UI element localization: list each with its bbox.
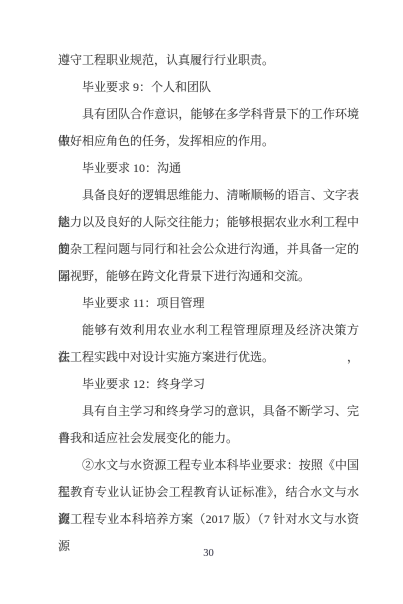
- text-line: 具有团队合作意识，能够在多学科背景下的工作环境中: [58, 101, 359, 128]
- text-line: 毕业要求 10：沟通: [58, 155, 359, 182]
- page-number: 30: [58, 546, 359, 562]
- text-line: 能够有效利用农业水利工程管理原理及经济决策方法，: [58, 317, 359, 344]
- document-page: 遵守工程职业规范，认真履行行业职责。毕业要求 9：个人和团队具有团队合作意识，能…: [0, 0, 403, 604]
- text-line: 际视野，能够在跨文化背景下进行沟通和交流。: [58, 263, 359, 290]
- text-line: 遵守工程职业规范，认真履行行业职责。: [58, 47, 359, 74]
- text-line: 毕业要求 12：终身学习: [58, 371, 359, 398]
- text-line: 源工程专业本科培养方案（2017 版）（7 针对水文与水资源: [58, 506, 359, 533]
- text-line: 做好相应角色的任务，发挥相应的作用。: [58, 128, 359, 155]
- text-line: 具有自主学习和终身学习的意识，具备不断学习、完善: [58, 398, 359, 425]
- text-line: 毕业要求 9：个人和团队: [58, 74, 359, 101]
- text-lines: 遵守工程职业规范，认真履行行业职责。毕业要求 9：个人和团队具有团队合作意识，能…: [58, 47, 359, 533]
- text-line: 复杂工程问题与同行和社会公众进行沟通，并具备一定的国: [58, 236, 359, 263]
- text-line: 能力以及良好的人际交往能力；能够根据农业水利工程中的: [58, 209, 359, 236]
- text-line: 具备良好的逻辑思维能力、清晰顺畅的语言、文字表达: [58, 182, 359, 209]
- text-line: 自我和适应社会发展变化的能力。: [58, 425, 359, 452]
- text-line: ②水文与水资源工程专业本科毕业要求：按照《中国工: [58, 452, 359, 479]
- text-line: 毕业要求 11：项目管理: [58, 290, 359, 317]
- text-line: 程教育专业认证协会工程教育认证标准》，结合水文与水资: [58, 479, 359, 506]
